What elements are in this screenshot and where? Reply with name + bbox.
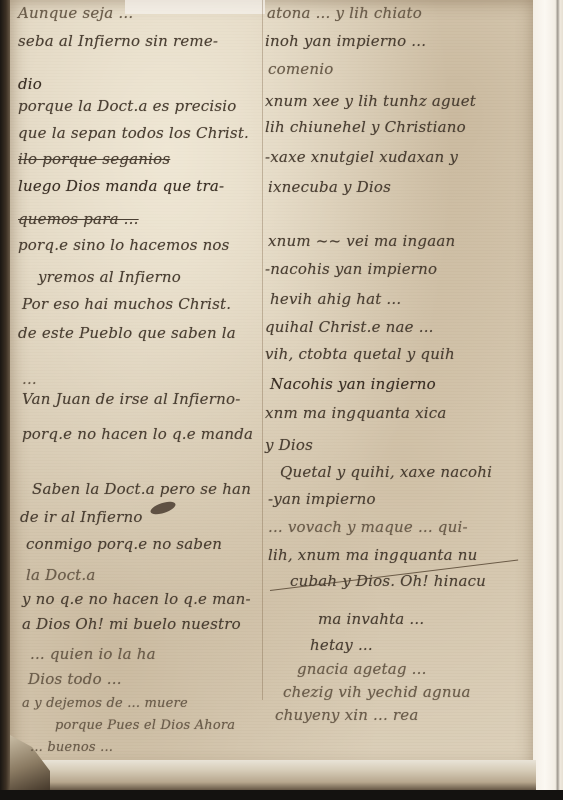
manuscript-line: a Dios Oh! mi buelo nuestro (22, 615, 241, 633)
manuscript-line: gnacia agetag ... (297, 660, 427, 678)
manuscript-line: Dios todo ... (28, 670, 122, 688)
bottom-edge (0, 790, 563, 800)
manuscript-line: ... (22, 370, 37, 388)
manuscript-line: y no q.e no hacen lo q.e man- (22, 590, 251, 608)
manuscript-line: quihal Christ.e nae ... (265, 318, 434, 336)
manuscript-line: -nacohis yan impierno (265, 260, 437, 278)
manuscript-line: yremos al Infierno (38, 268, 181, 286)
manuscript-line: seba al Infierno sin reme- (18, 32, 218, 50)
manuscript-line: -xaxe xnutgiel xudaxan y (265, 148, 458, 166)
manuscript-line: xnm ma ingquanta xica (265, 404, 447, 422)
manuscript-line: a y dejemos de ... muere (22, 696, 188, 711)
manuscript-line: chezig vih yechid agnua (283, 683, 471, 701)
repair-tape (125, 0, 265, 14)
manuscript-line: Nacohis yan ingierno (270, 375, 436, 393)
manuscript-line: ... buenos ... (30, 740, 113, 755)
manuscript-line: porq.e no hacen lo q.e manda (22, 425, 253, 443)
manuscript-line: hetay ... (310, 636, 373, 654)
page-margin-strip (533, 0, 563, 800)
manuscript-line: de este Pueblo que saben la (18, 324, 236, 342)
manuscript-line: ... vovach y maque ... qui- (268, 518, 468, 536)
manuscript-line: ma invahta ... (318, 610, 424, 628)
manuscript-line: lih, xnum ma ingquanta nu (268, 546, 478, 564)
manuscript-line: chuyeny xin ... rea (275, 706, 419, 724)
manuscript-line: xnum xee y lih tunhz aguet (265, 92, 476, 110)
manuscript-line: Quetal y quihi, xaxe nacohi (280, 463, 492, 481)
manuscript-line: Van Juan de irse al Infierno- (22, 390, 240, 408)
manuscript-line: hevih ahig hat ... (270, 290, 401, 308)
bottom-fold (14, 760, 536, 794)
manuscript-line: porq.e sino lo hacemos nos (18, 236, 230, 254)
manuscript-line: Aunque seja ... (18, 4, 133, 22)
manuscript-line: de ir al Infierno (20, 508, 143, 526)
manuscript-line: cubah y Dios. Oh! hinacu (290, 572, 486, 590)
manuscript-line: luego Dios manda que tra- (18, 177, 224, 195)
manuscript-line: y Dios (265, 436, 313, 454)
manuscript-scan: Aunque seja ... seba al Infierno sin rem… (0, 0, 563, 800)
manuscript-line: Saben la Doct.a pero se han (32, 480, 251, 498)
manuscript-line: inoh yan impierno ... (265, 32, 426, 50)
column-divider (262, 0, 263, 700)
manuscript-line: vih, ctobta quetal y quih (265, 345, 455, 363)
manuscript-line: -yan impierno (268, 490, 376, 508)
manuscript-line: que la sepan todos los Christ. (18, 124, 249, 142)
manuscript-line: ilo porque seganios (18, 150, 170, 168)
manuscript-line: dio (18, 75, 42, 93)
manuscript-line: comenio (268, 60, 333, 78)
manuscript-line: lih chiunehel y Christiano (265, 118, 466, 136)
manuscript-line: la Doct.a (26, 566, 96, 584)
manuscript-line: porque la Doct.a es precisio (18, 97, 237, 115)
manuscript-line: conmigo porq.e no saben (26, 535, 222, 553)
manuscript-line: ixnecuba y Dios (268, 178, 391, 196)
manuscript-line: quemos para ... (18, 210, 139, 228)
manuscript-line: porque Pues el Dios Ahora (55, 718, 235, 733)
manuscript-line: ... quien io la ha (30, 645, 156, 663)
manuscript-line: Por eso hai muchos Christ. (22, 295, 231, 313)
manuscript-line: atona ... y lih chiato (267, 4, 422, 22)
manuscript-line: xnum ~~ vei ma ingaan (268, 232, 455, 250)
